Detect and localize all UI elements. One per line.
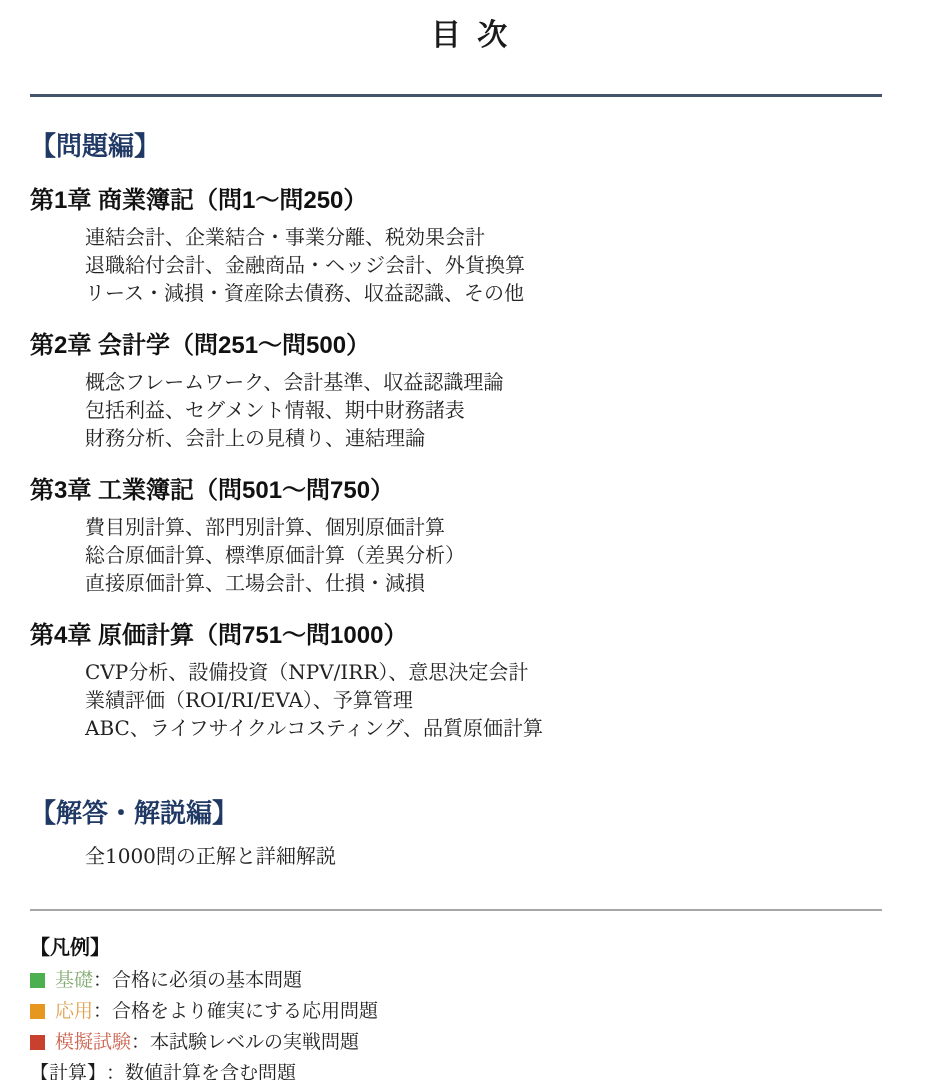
green-square-icon bbox=[30, 973, 45, 988]
legend-description: 数値計算を含む問題 bbox=[125, 1062, 296, 1080]
legend-item-applied: 応用 ： 合格をより確実にする応用問題 bbox=[30, 1000, 912, 1022]
answers-description: 全1000問の正解と詳細解説 bbox=[85, 843, 912, 869]
chapter-2-title: 第2章 会計学（問251〜問500） bbox=[30, 331, 912, 360]
legend: 基礎 ： 合格に必須の基本問題 応用 ： 合格をより確実にする応用問題 模擬試験… bbox=[30, 969, 912, 1080]
legend-item-basic: 基礎 ： 合格に必須の基本問題 bbox=[30, 969, 912, 991]
chapter-topic: 包括利益、セグメント情報、期中財務諸表 bbox=[85, 396, 912, 424]
legend-label: 模擬試験 bbox=[55, 1031, 131, 1053]
legend-description: 合格に必須の基本問題 bbox=[112, 969, 302, 991]
chapter-topic: 総合原価計算、標準原価計算（差異分析） bbox=[85, 541, 912, 569]
chapter-1: 第1章 商業簿記（問1〜問250） 連結会計、企業結合・事業分離、税効果会計 退… bbox=[30, 186, 912, 307]
chapter-topic: 連結会計、企業結合・事業分離、税効果会計 bbox=[85, 223, 912, 251]
legend-label: 基礎 bbox=[55, 969, 93, 991]
legend-separator: ： bbox=[106, 1062, 125, 1080]
legend-description: 合格をより確実にする応用問題 bbox=[112, 1000, 378, 1022]
chapter-4-title: 第4章 原価計算（問751〜問1000） bbox=[30, 621, 912, 650]
chapter-3: 第3章 工業簿記（問501〜問750） 費目別計算、部門別計算、個別原価計算 総… bbox=[30, 476, 912, 597]
legend-separator: ： bbox=[93, 1000, 112, 1022]
legend-label: 応用 bbox=[55, 1000, 93, 1022]
chapter-topic: ABC、ライフサイクルコスティング、品質原価計算 bbox=[85, 714, 912, 742]
legend-description: 本試験レベルの実戦問題 bbox=[150, 1031, 359, 1053]
chapter-1-title: 第1章 商業簿記（問1〜問250） bbox=[30, 186, 912, 215]
legend-item-calculation: 【計算】 ： 数値計算を含む問題 bbox=[30, 1062, 912, 1080]
chapter-4-topics: CVP分析、設備投資（NPV/IRR）、意思決定会計 業績評価（ROI/RI/E… bbox=[85, 658, 912, 742]
chapter-topic: 業績評価（ROI/RI/EVA）、予算管理 bbox=[85, 686, 912, 714]
legend-item-mock-exam: 模擬試験 ： 本試験レベルの実戦問題 bbox=[30, 1031, 912, 1053]
legend-separator: ： bbox=[93, 969, 112, 991]
chapter-3-topics: 費目別計算、部門別計算、個別原価計算 総合原価計算、標準原価計算（差異分析） 直… bbox=[85, 513, 912, 597]
chapter-topic: 概念フレームワーク、会計基準、収益認識理論 bbox=[85, 368, 912, 396]
orange-square-icon bbox=[30, 1004, 45, 1019]
top-divider bbox=[30, 94, 882, 97]
legend-separator: ： bbox=[131, 1031, 150, 1053]
section-heading-problems: 【問題編】 bbox=[30, 131, 912, 162]
chapter-topic: 退職給付会計、金融商品・ヘッジ会計、外貨換算 bbox=[85, 251, 912, 279]
chapter-2: 第2章 会計学（問251〜問500） 概念フレームワーク、会計基準、収益認識理論… bbox=[30, 331, 912, 452]
chapter-topic: リース・減損・資産除去債務、収益認識、その他 bbox=[85, 279, 912, 307]
chapter-topic: CVP分析、設備投資（NPV/IRR）、意思決定会計 bbox=[85, 658, 912, 686]
red-square-icon bbox=[30, 1035, 45, 1050]
chapter-1-topics: 連結会計、企業結合・事業分離、税効果会計 退職給付会計、金融商品・ヘッジ会計、外… bbox=[85, 223, 912, 307]
legend-heading: 【凡例】 bbox=[30, 936, 912, 960]
section-heading-answers: 【解答・解説編】 bbox=[30, 798, 912, 829]
toc-page: 目 次 【問題編】 第1章 商業簿記（問1〜問250） 連結会計、企業結合・事業… bbox=[0, 0, 942, 1080]
chapter-3-title: 第3章 工業簿記（問501〜問750） bbox=[30, 476, 912, 505]
legend-label: 【計算】 bbox=[30, 1062, 106, 1080]
chapter-2-topics: 概念フレームワーク、会計基準、収益認識理論 包括利益、セグメント情報、期中財務諸… bbox=[85, 368, 912, 452]
page-title: 目 次 bbox=[30, 18, 912, 54]
chapter-topic: 直接原価計算、工場会計、仕損・減損 bbox=[85, 569, 912, 597]
chapter-topic: 費目別計算、部門別計算、個別原価計算 bbox=[85, 513, 912, 541]
bottom-divider bbox=[30, 909, 882, 911]
chapter-topic: 財務分析、会計上の見積り、連結理論 bbox=[85, 424, 912, 452]
chapter-4: 第4章 原価計算（問751〜問1000） CVP分析、設備投資（NPV/IRR）… bbox=[30, 621, 912, 742]
